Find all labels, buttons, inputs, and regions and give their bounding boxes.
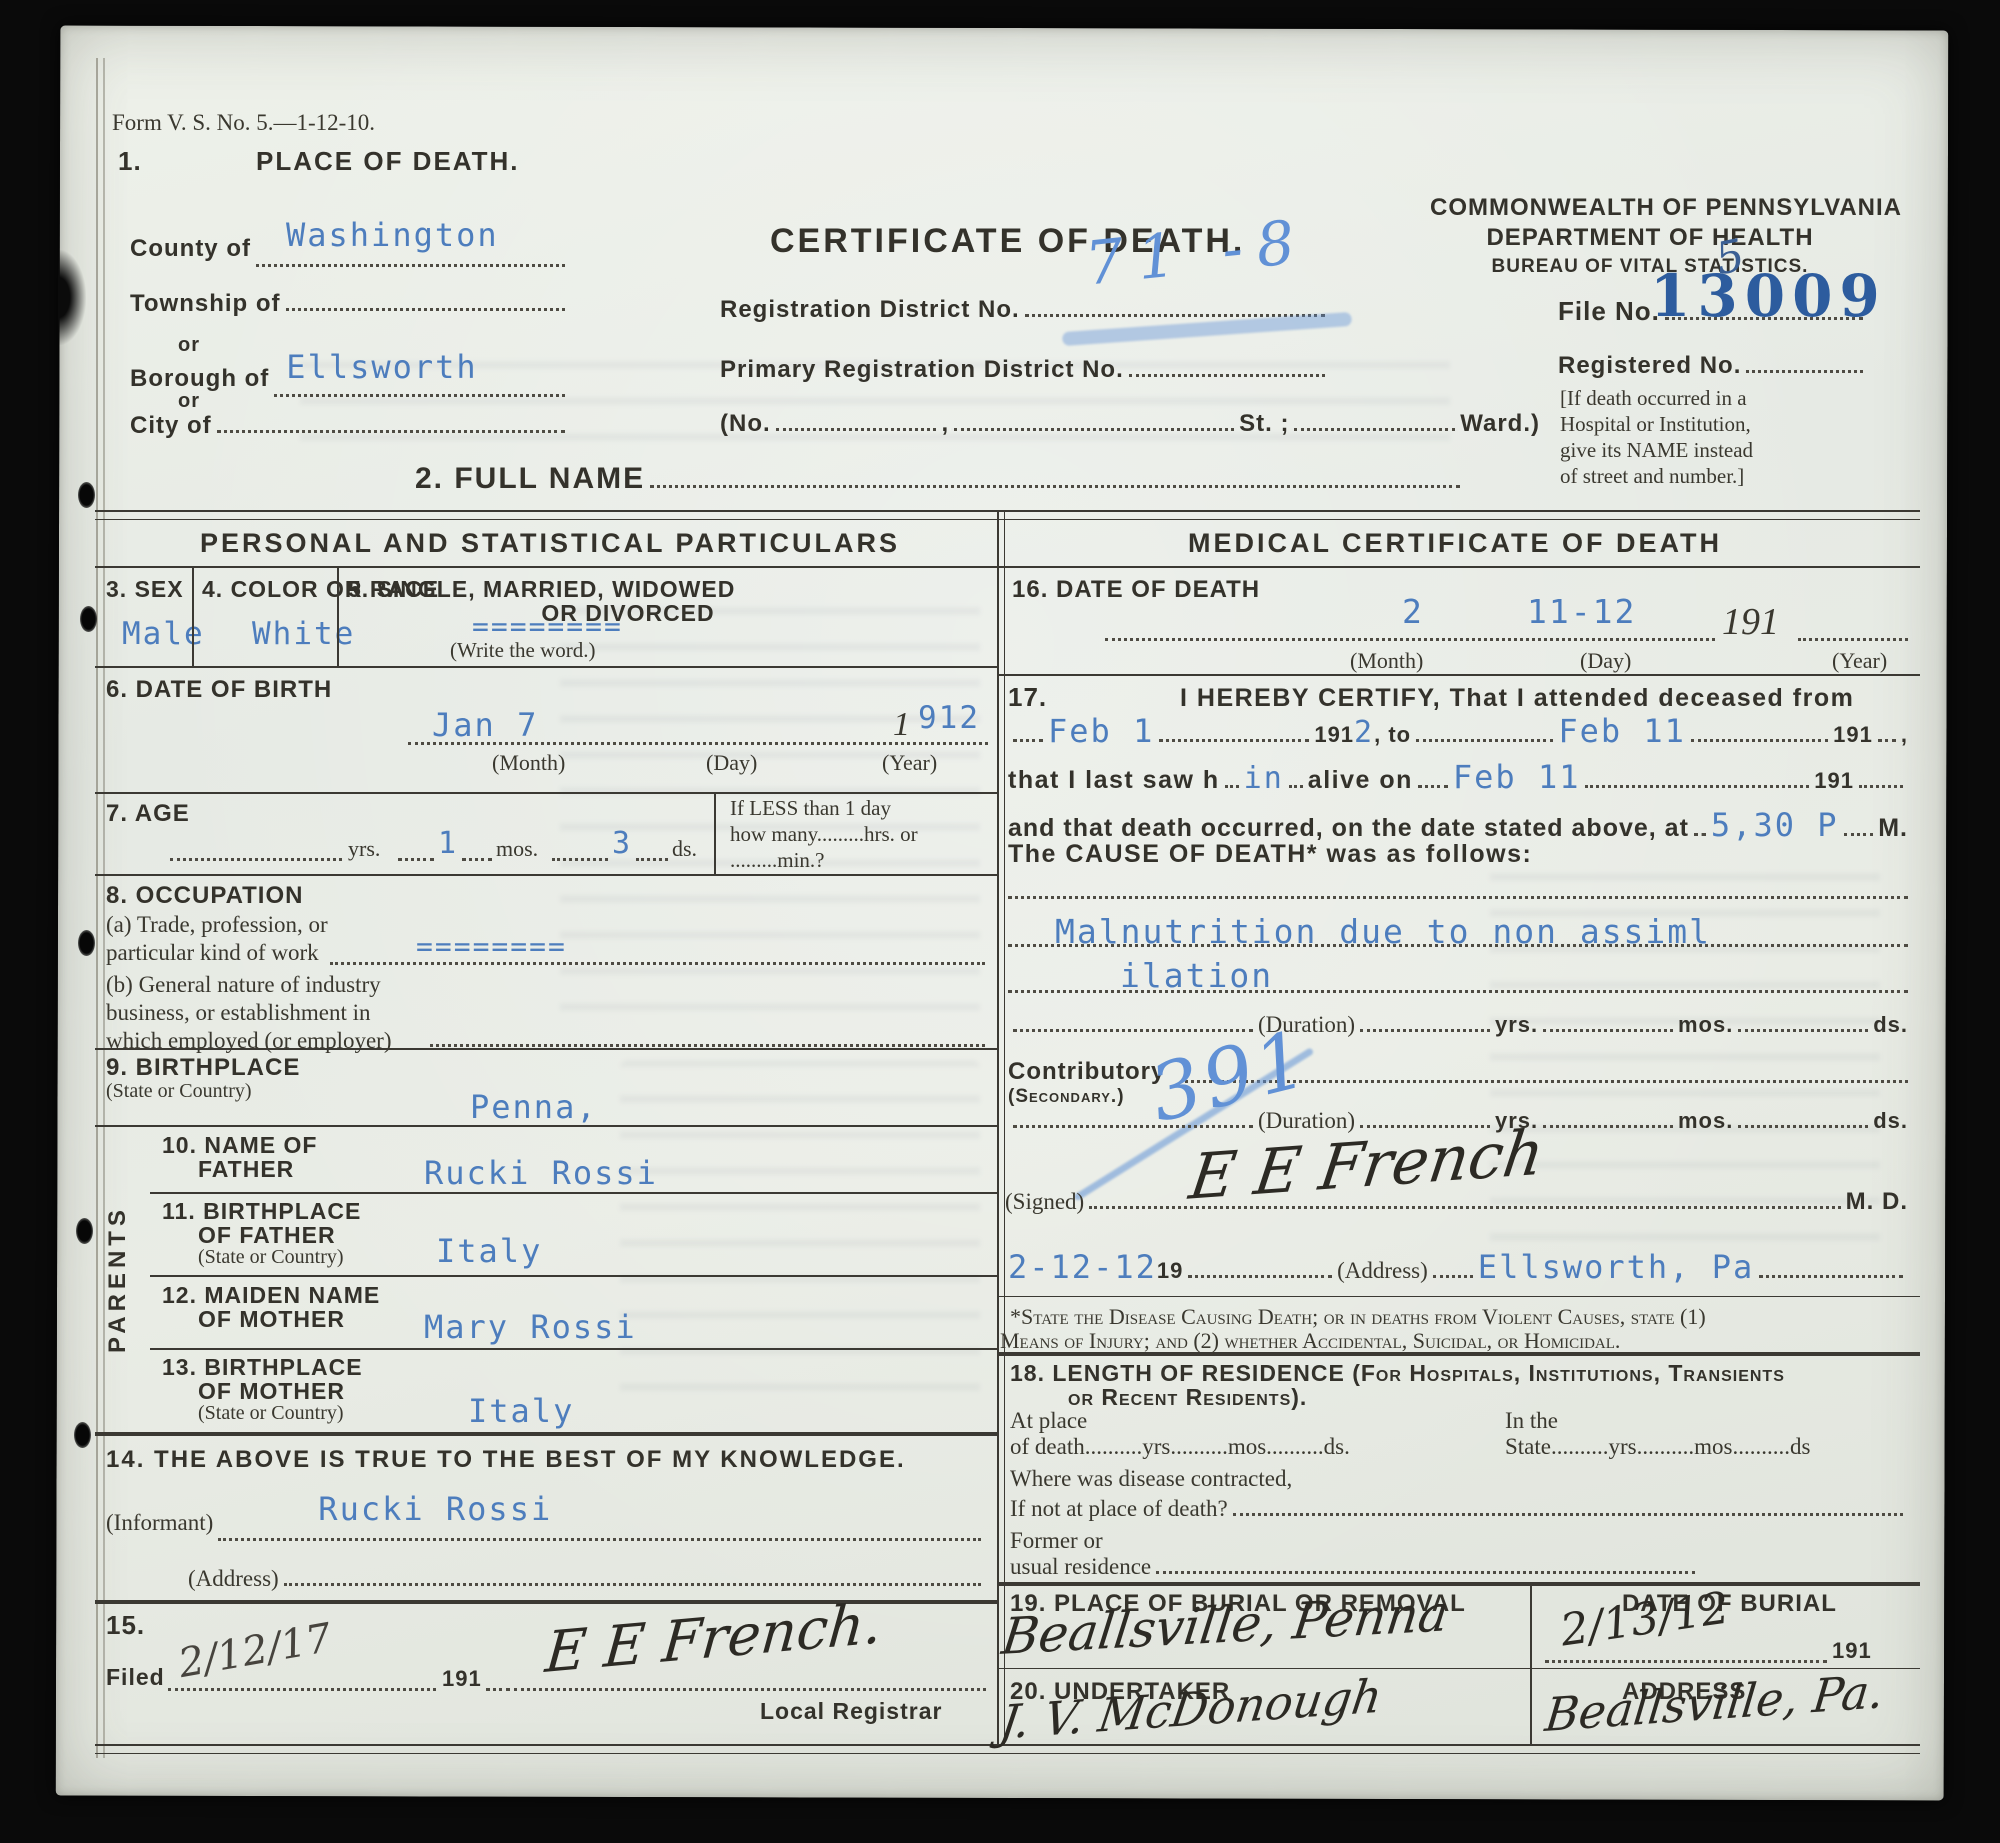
county-row: County of Washington [130, 226, 570, 274]
township-row: Township of [130, 290, 570, 318]
mother-birthplace-subcaption: (State or Country) [198, 1402, 344, 1425]
cause-line [1008, 990, 1908, 993]
hospital-note-line3: give its NAME instead [1560, 438, 1753, 463]
punch-hole [74, 1422, 91, 1448]
informant-row: (Informant) Rucki Rossi [106, 1500, 986, 1548]
binding-rule-inner [103, 58, 105, 1758]
last-saw-text2: alive on [1308, 766, 1413, 795]
street-st-label: St. ; [1239, 410, 1289, 438]
dob-year-typed: 912 [918, 700, 980, 736]
attended-from-year-typed: 2 [1354, 715, 1374, 750]
duration-ds-1: ds. [1873, 1012, 1908, 1038]
signed-label: (Signed) [1005, 1189, 1084, 1215]
race-value: White [252, 616, 355, 652]
usual-residence-label: usual residence [1010, 1554, 1151, 1580]
certify-section-number: 17. [1008, 682, 1047, 713]
father-name-value: Rucki Rossi [424, 1154, 658, 1192]
attended-to-word: , to [1374, 722, 1411, 748]
row-rule [150, 1348, 997, 1350]
father-birthplace-label-line2: OF FATHER [198, 1222, 336, 1249]
age-box-divider [714, 792, 716, 874]
registrar-signature-line [514, 1688, 986, 1691]
cell-divider [337, 566, 339, 666]
date-of-death-month: 2 [1402, 592, 1424, 631]
date-of-death-line [1105, 638, 1715, 641]
age-label: 7. AGE [106, 800, 190, 828]
occupation-a-line1: (a) Trade, profession, or [106, 912, 328, 938]
age-ds-label: ds. [672, 836, 697, 862]
filed-leader [486, 1688, 510, 1691]
write-word-note: (Write the word.) [450, 638, 596, 663]
row-rule [95, 1048, 997, 1050]
row-rule [150, 1192, 997, 1194]
at-place-label-line2: of death..........yrs..........mos......… [1010, 1434, 1350, 1460]
full-name-row: 2. FULL NAME [415, 462, 1465, 496]
dod-month-caption: (Month) [1350, 648, 1423, 674]
duration-mos-1: mos. [1678, 1012, 1733, 1038]
age-leader [636, 858, 668, 861]
last-saw-row: that I last saw h in alive on Feb 11 191 [1008, 758, 1908, 796]
binding-rule-outer [96, 58, 98, 1758]
md-label: M. D. [1846, 1188, 1908, 1216]
sex-label: 3. SEX [106, 576, 184, 603]
subheader-rule [95, 566, 1920, 568]
department-line: DEPARTMENT OF HEALTH [1430, 224, 1870, 252]
age-mos-label: mos. [496, 836, 538, 862]
borough-label: Borough of [130, 365, 269, 393]
date-of-death-line [1798, 638, 1908, 641]
occupation-a-line2: particular kind of work [106, 940, 319, 966]
death-time-value: 5,30 P [1711, 806, 1839, 844]
commonwealth-line: COMMONWEALTH OF PENNSYLVANIA [1430, 194, 1870, 222]
date-of-death-label: 16. DATE OF DEATH [1012, 576, 1260, 604]
informant-label: (Informant) [106, 1510, 213, 1536]
residence-label-line1: 18. LENGTH OF RESIDENCE (For Hospitals, … [1010, 1360, 1785, 1387]
at-place-label-line1: At place [1010, 1408, 1087, 1434]
attended-dates-row: Feb 1 191 2 , to Feb 11 191 , [1008, 712, 1908, 750]
mother-birthplace-value: Italy [468, 1392, 574, 1430]
contributory-secondary-label: (Secondary.) [1008, 1086, 1125, 1108]
street-row: (No. , St. ; Ward.) [720, 410, 1540, 438]
occupation-b-line2: business, or establishment in [106, 1000, 370, 1026]
section1-title: PLACE OF DEATH. [256, 146, 520, 177]
occupation-b-line1: (b) General nature of industry [106, 972, 381, 998]
in-the-label-line2: State..........yrs..........mos.........… [1505, 1434, 1810, 1460]
in-the-label-line1: In the [1505, 1408, 1558, 1434]
duration-mos-2: mos. [1678, 1108, 1733, 1134]
hospital-note-line1: [If death occurred in a [1560, 386, 1747, 411]
date-of-death-year-printed: 191 [1722, 600, 1779, 644]
age-months-value: 1 [438, 826, 458, 861]
attended-from-year-printed: 191 [1314, 722, 1354, 748]
filed-label: Filed [106, 1664, 165, 1691]
attended-comma: , [1901, 722, 1908, 748]
street-ward-label: Ward.) [1460, 410, 1540, 438]
father-name-label-line2: FATHER [198, 1156, 294, 1183]
row-rule [95, 874, 997, 876]
mother-name-label-line1: 12. MAIDEN NAME [162, 1282, 380, 1309]
torn-edge [58, 250, 86, 345]
death-time-m-label: M. [1878, 814, 1908, 843]
age-leader [398, 858, 434, 861]
age-less-note-line1: If LESS than 1 day [730, 796, 891, 821]
left-column-header: PERSONAL AND STATISTICAL PARTICULARS [140, 528, 960, 559]
occupation-label: 8. OCCUPATION [106, 882, 303, 910]
parents-group-label: PARENTS [104, 1169, 132, 1389]
burial-date-line [1545, 1660, 1827, 1663]
dob-year-printed: 1 [893, 706, 910, 744]
primary-registration-row: Primary Registration District No. [720, 356, 1330, 384]
mother-birthplace-label-line1: 13. BIRTHPLACE [162, 1354, 363, 1381]
occupation-b-line [430, 1044, 985, 1047]
right-column-header: MEDICAL CERTIFICATE OF DEATH [1020, 528, 1890, 559]
mother-name-label-line2: OF MOTHER [198, 1306, 345, 1333]
marital-label-line1: 5. SINGLE, MARRIED, WIDOWED [348, 576, 735, 603]
dob-month-value: Jan 7 [432, 706, 538, 744]
county-label: County of [130, 235, 251, 263]
cause-of-death-intro: The CAUSE OF DEATH* was as follows: [1008, 840, 1532, 869]
full-name-label: 2. FULL NAME [415, 462, 645, 496]
last-saw-year-printed: 191 [1814, 768, 1854, 794]
township-label: Township of [130, 290, 281, 318]
form-number: Form V. S. No. 5.—1-12-10. [112, 110, 375, 136]
father-birthplace-value: Italy [436, 1232, 542, 1270]
punch-hole [76, 1218, 93, 1244]
punch-hole [78, 930, 95, 956]
father-name-label-line1: 10. NAME OF [162, 1132, 317, 1159]
disease-contracted-label: Where was disease contracted, [1010, 1466, 1292, 1492]
death-time-row: and that death occurred, on the date sta… [1008, 806, 1908, 844]
attended-from-date: Feb 1 [1048, 712, 1154, 750]
punch-hole [80, 606, 97, 632]
age-less-note-line3: .........min.? [730, 848, 825, 873]
informant-truth-statement: 14. THE ABOVE IS TRUE TO THE BEST OF MY … [106, 1446, 906, 1474]
if-not-row: If not at place of death? [1010, 1496, 1908, 1523]
last-saw-typed: in [1244, 761, 1284, 796]
age-days-value: 3 [612, 826, 632, 861]
or-label-1: or [178, 334, 200, 357]
birthplace-subcaption: (State or Country) [106, 1080, 252, 1103]
file-no-label: File No. [1558, 296, 1660, 327]
hospital-note-line4: of street and number.] [1560, 464, 1744, 489]
signed-date-typed: 2-12-12 [1008, 1248, 1157, 1286]
row-rule [997, 674, 1920, 676]
section-rule [997, 1352, 1920, 1356]
section-rule [997, 1582, 1920, 1586]
footnote-rule [997, 1296, 1920, 1297]
age-leader [170, 858, 342, 861]
date-of-death-day: 11-12 [1527, 592, 1636, 631]
age-yrs-label: yrs. [348, 836, 380, 862]
file-no-stamp: 13009 [1650, 262, 1887, 330]
marital-label-line2: OR DIVORCED [348, 600, 908, 627]
age-less-note-line2: how many.........hrs. or [730, 822, 918, 847]
death-time-text: and that death occurred, on the date sta… [1008, 814, 1689, 843]
section1-number: 1. [118, 146, 142, 177]
registration-district-label: Registration District No. [720, 296, 1020, 324]
physician-address-row: 2-12-12 19 (Address) Ellsworth, Pa [1008, 1248, 1908, 1286]
occupation-a-value: ======== [416, 930, 567, 963]
duration-row-1: (Duration) yrs. mos. ds. [1008, 1012, 1908, 1039]
last-saw-text1: that I last saw h [1008, 766, 1220, 795]
city-label: City of [130, 412, 212, 440]
informant-value: Rucki Rossi [318, 1490, 552, 1528]
primary-registration-label: Primary Registration District No. [720, 356, 1124, 384]
dob-year-caption: (Year) [882, 750, 937, 776]
row-rule [150, 1275, 997, 1277]
birthplace-value: Penna, [470, 1088, 598, 1126]
mother-birthplace-label-line2: OF MOTHER [198, 1378, 345, 1405]
father-birthplace-subcaption: (State or Country) [198, 1246, 344, 1269]
row-rule [95, 666, 997, 668]
section-rule [95, 1432, 997, 1436]
street-comma: , [941, 410, 949, 438]
certify-statement: I HEREBY CERTIFY, That I attended deceas… [1180, 684, 1854, 713]
or-label-2: or [178, 390, 200, 413]
local-registrar-caption: Local Registrar [760, 1698, 942, 1725]
mother-name-value: Mary Rossi [424, 1308, 637, 1346]
last-saw-date: Feb 11 [1453, 758, 1581, 796]
cell-divider [192, 566, 194, 666]
dob-month-caption: (Month) [492, 750, 565, 776]
row-rule [997, 1668, 1920, 1669]
attended-to-date: Feb 11 [1558, 712, 1686, 750]
duration-ds-2: ds. [1873, 1108, 1908, 1134]
physician-address-label: (Address) [1337, 1258, 1428, 1284]
death-certificate-scan: Form V. S. No. 5.—1-12-10. 1. PLACE OF D… [0, 0, 2000, 1843]
dob-day-caption: (Day) [706, 750, 757, 776]
registered-no-row: Registered No. [1558, 352, 1868, 380]
burial-cell-divider [1530, 1582, 1532, 1744]
residence-label-line2: or Recent Residents). [1068, 1384, 1307, 1411]
dod-day-caption: (Day) [1580, 648, 1631, 674]
birthplace-label: 9. BIRTHPLACE [106, 1054, 300, 1082]
age-leader [552, 858, 608, 861]
city-row: City of [130, 412, 570, 440]
physician-address-value: Ellsworth, Pa [1478, 1248, 1754, 1286]
former-label-line1: Former or [1010, 1528, 1103, 1554]
burial-date-year-printed: 191 [1832, 1638, 1872, 1664]
signed-row: (Signed) M. D. [1005, 1188, 1908, 1216]
filed-leader [168, 1688, 436, 1691]
row-rule [95, 1125, 997, 1127]
dod-year-caption: (Year) [1832, 648, 1887, 674]
filed-section-number: 15. [106, 1610, 145, 1641]
row-rule [95, 792, 997, 794]
occupation-b-line3: which employed (or employer) [106, 1028, 392, 1054]
showthrough-smudge [620, 1060, 980, 1410]
street-no-label: (No. [720, 410, 771, 438]
attended-to-year-printed: 191 [1833, 722, 1873, 748]
father-birthplace-label-line1: 11. BIRTHPLACE [162, 1198, 361, 1225]
header-separator [95, 510, 1920, 520]
borough-value: Ellsworth [286, 348, 477, 386]
signed-date-year-printed: 19 [1157, 1258, 1183, 1284]
informant-address-label: (Address) [188, 1566, 279, 1592]
footnote-line1: *State the Disease Causing Death; or in … [1010, 1304, 1706, 1330]
if-not-label: If not at place of death? [1010, 1496, 1228, 1522]
punch-hole [78, 482, 95, 508]
age-leader [462, 858, 492, 861]
cause-line [1008, 896, 1908, 899]
footnote-line2: Means of Injury; and (2) whether Acciden… [1000, 1328, 1620, 1354]
duration-yrs-1: yrs. [1495, 1012, 1538, 1038]
cause-of-death-value-line1: Malnutrition due to non assiml [1055, 912, 1711, 951]
dob-line [408, 742, 988, 745]
hospital-note-line2: Hospital or Institution, [1560, 412, 1751, 437]
filed-year-printed: 191 [442, 1666, 482, 1692]
county-value: Washington [286, 216, 499, 254]
occupation-a-line [330, 962, 985, 965]
usual-residence-row: usual residence [1010, 1554, 1700, 1581]
dob-label: 6. DATE OF BIRTH [106, 676, 332, 704]
registered-no-label: Registered No. [1558, 352, 1741, 380]
informant-address-row: (Address) [188, 1566, 986, 1593]
column-divider [997, 510, 1005, 1744]
contributory-label: Contributory [1008, 1058, 1165, 1086]
